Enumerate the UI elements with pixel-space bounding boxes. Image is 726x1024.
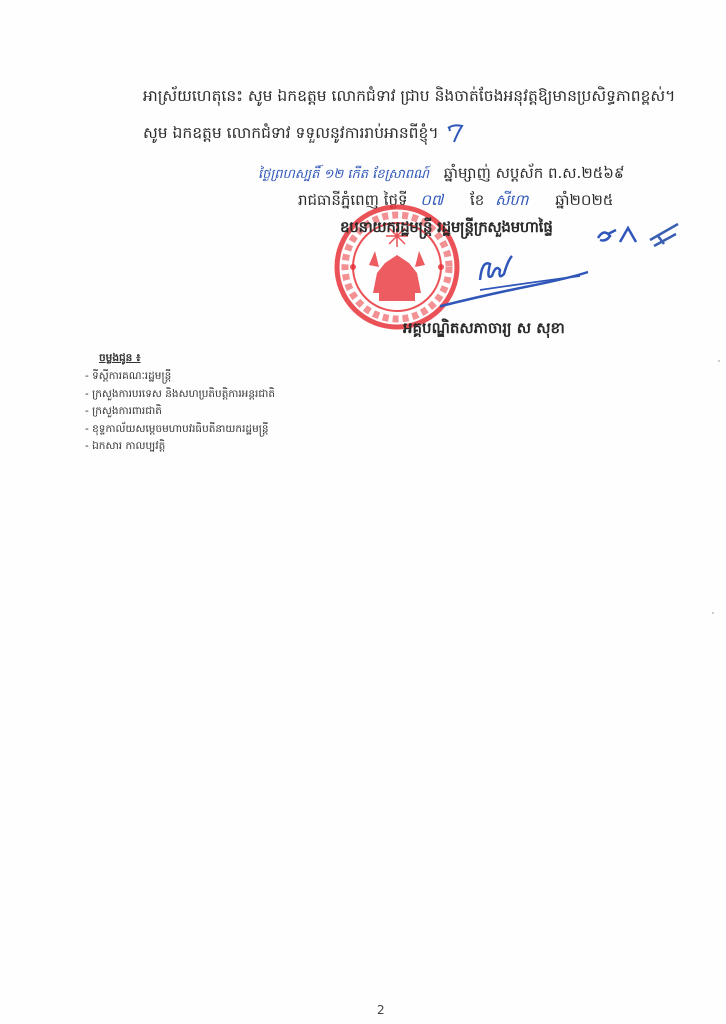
regards-paragraph: សូម ឯកឧត្តម លោកជំទាវ ទទួលនូវការរាប់អានពី… xyxy=(143,119,468,146)
closing-paragraph: អាស្រ័យហេតុនេះ សូម ឯកឧត្តម លោកជំទាវ ជ្រា… xyxy=(143,86,675,109)
signatory-title: ឧបនាយករដ្ឋមន្ត្រី រដ្ឋមន្ត្រីក្រសួងមហាផ្… xyxy=(340,218,553,240)
document-page: អាស្រ័យហេតុនេះ សូម ឯកឧត្តម លោកជំទាវ ជ្រា… xyxy=(0,0,726,1024)
date-day: ០៧ xyxy=(420,191,443,209)
initial-mark xyxy=(446,119,468,143)
initial-signature-icon xyxy=(446,122,468,144)
recipients-heading: ចម្លងជូន ៖ xyxy=(99,352,141,367)
solar-date-line: រាជធានីភ្នំពេញ ថ្ងៃទី ០៧ ខែ សីហា ឆ្នាំ២០… xyxy=(298,191,613,213)
recipient-item: - ក្រសួងការបរទេស និងសហប្រតិបត្តិការអន្តរ… xyxy=(85,386,275,404)
initial-signatures-icon xyxy=(594,216,684,256)
handwritten-signature-icon xyxy=(440,250,590,330)
lunar-date-printed: ឆ្នាំម្សាញ់ សប្តស័ក ព.ស.២៥៦៩ xyxy=(444,164,625,182)
lunar-date-handwritten: ថ្ងៃព្រហស្បតិ៍ ១២ កើត ខែស្រាពណ៍ xyxy=(258,167,429,182)
regards-text: សូម ឯកឧត្តម លោកជំទាវ ទទួលនូវការរាប់អានពី… xyxy=(143,124,439,142)
lunar-date-line: ថ្ងៃព្រហស្បតិ៍ ១២ កើត ខែស្រាពណ៍ ឆ្នាំម្ស… xyxy=(258,164,625,186)
recipient-item: - ឯកសារ កាលប្បវត្តិ xyxy=(85,438,275,456)
date-year: ឆ្នាំ២០២៥ xyxy=(555,191,613,209)
date-month-label: ខែ xyxy=(470,191,484,209)
signatory-title-text: ឧបនាយករដ្ឋមន្ត្រី រដ្ឋមន្ត្រីក្រសួងមហាផ្… xyxy=(340,218,553,236)
scan-speck xyxy=(718,360,720,362)
recipient-item: - ក្រសួងការពារជាតិ xyxy=(85,403,275,421)
date-prefix: រាជធានីភ្នំពេញ ថ្ងៃទី xyxy=(298,191,408,209)
scan-speck xyxy=(712,612,714,614)
recipients-list: - ទីស្ដីការគណៈរដ្ឋមន្ត្រី - ក្រសួងការបរទ… xyxy=(85,368,275,456)
recipient-item: - ខុទ្ទកាល័យសម្ដេចមហាបវរធិបតីនាយករដ្ឋមន្… xyxy=(85,421,275,439)
date-month: សីហា xyxy=(495,191,528,209)
signatory-name: អគ្គបណ្ឌិតសភាចារ្យ ស សុខា xyxy=(403,319,565,341)
recipient-item: - ទីស្ដីការគណៈរដ្ឋមន្ត្រី xyxy=(85,368,275,386)
page-number: 2 xyxy=(377,1003,385,1017)
